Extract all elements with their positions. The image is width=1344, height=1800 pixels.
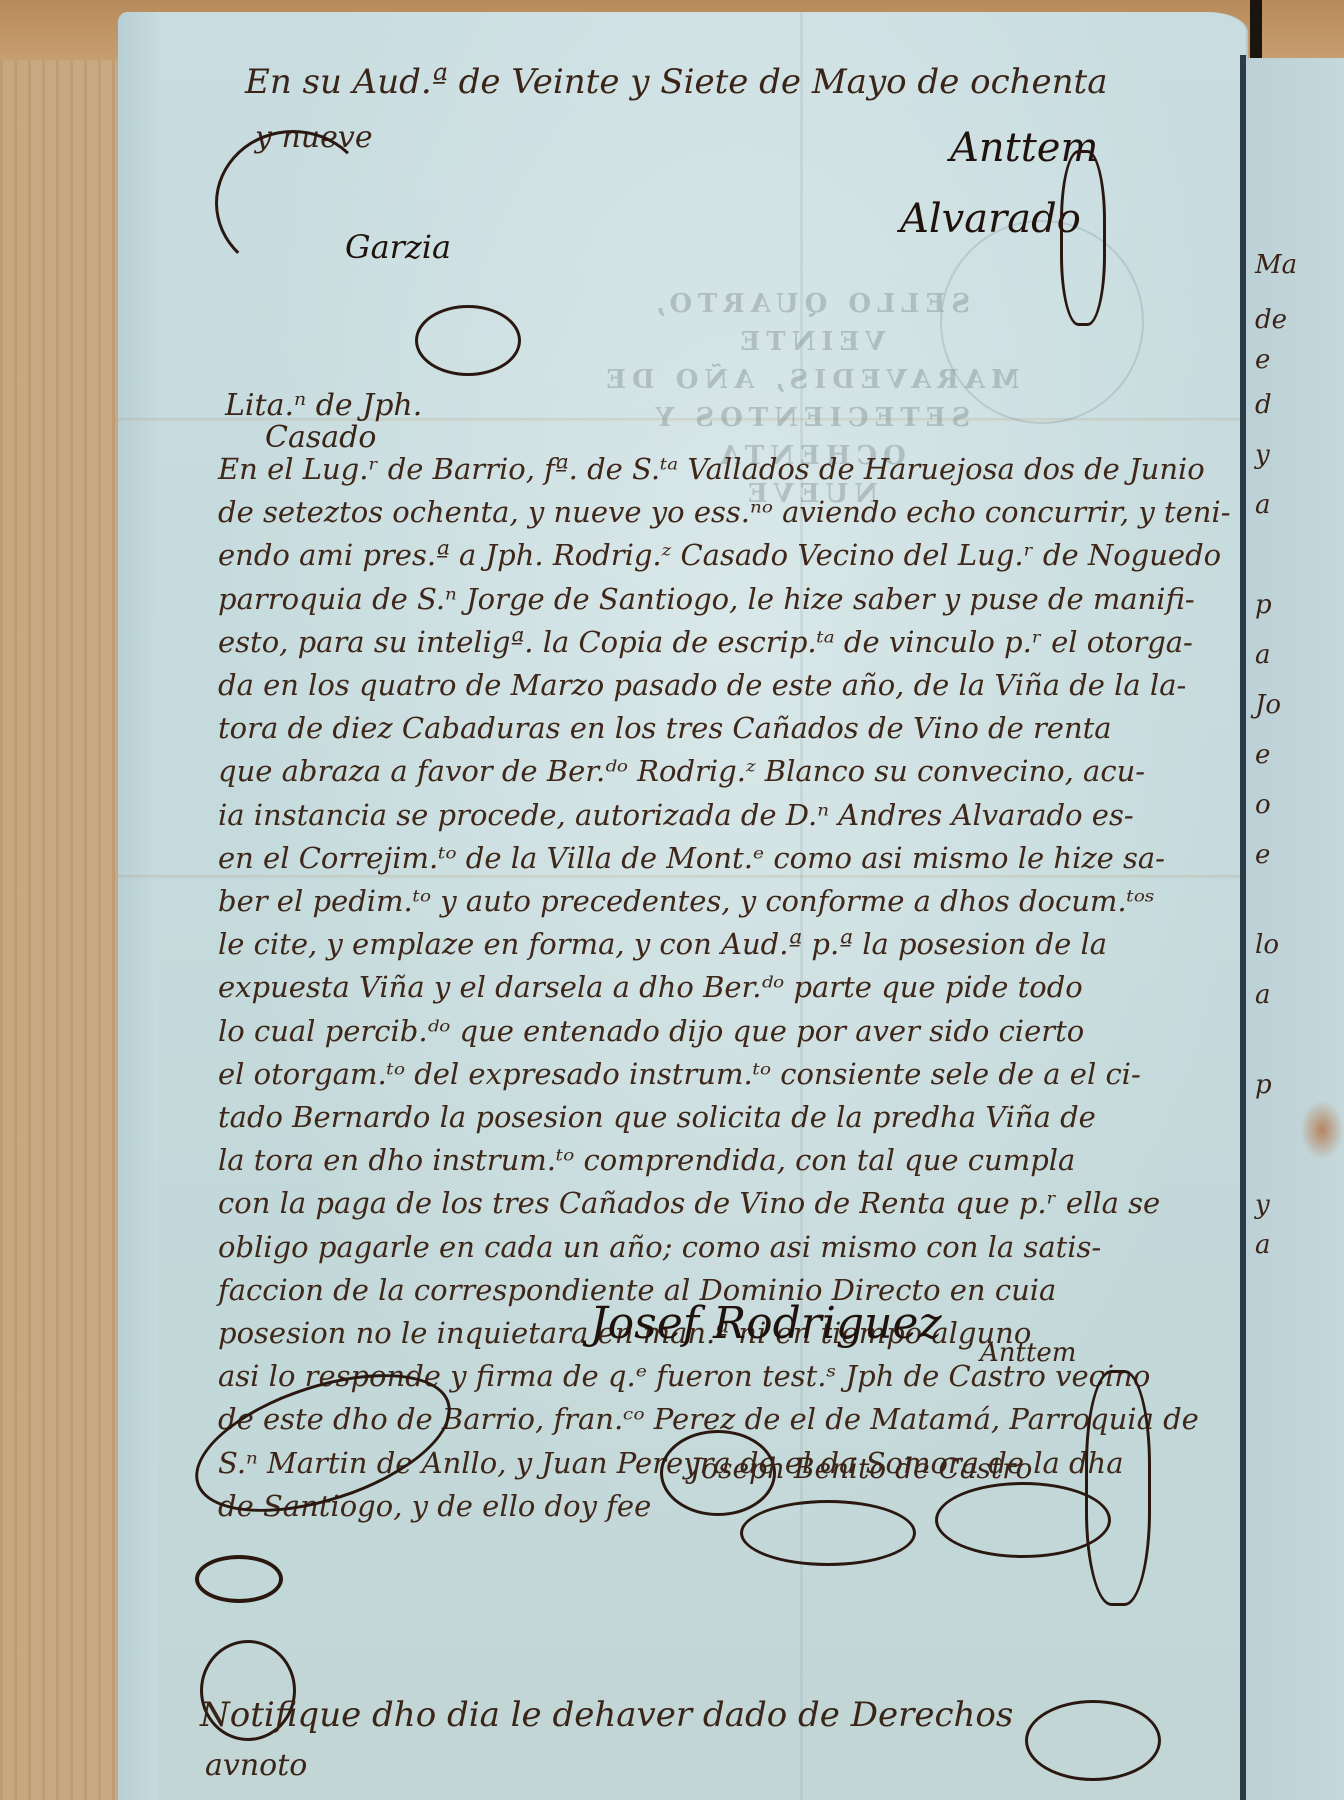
closing-notice-line2: avnoto bbox=[205, 1748, 307, 1783]
body-line: En el Lug.ʳ de Barrio, fª. de S.ᵗᵃ Valla… bbox=[218, 448, 1088, 491]
body-line: tado Bernardo la posesion que solicita d… bbox=[218, 1096, 1088, 1139]
signature-anttem-closing: Anttem bbox=[980, 1338, 1076, 1368]
ink-mark bbox=[195, 1555, 283, 1603]
facing-page-text: y bbox=[1255, 1190, 1270, 1220]
facing-page-text: lo bbox=[1255, 930, 1279, 960]
signature-rubric-bottom bbox=[1025, 1700, 1161, 1781]
body-line: ber el pedim.ᵗᵒ y auto precedentes, y co… bbox=[218, 880, 1088, 923]
body-line: ia instancia se procede, autorizada de D… bbox=[218, 794, 1088, 837]
facing-page-text: a bbox=[1255, 490, 1271, 520]
body-line: endo ami pres.ª a Jph. Rodrig.ᶻ Casado V… bbox=[218, 534, 1088, 577]
facing-page-text: p bbox=[1255, 1070, 1272, 1100]
facing-page-text: a bbox=[1255, 640, 1271, 670]
wood-divider bbox=[1250, 0, 1262, 60]
signature-escribano: Josef Rodriguez bbox=[590, 1298, 942, 1349]
facing-page-text: e bbox=[1255, 345, 1270, 375]
facing-page-text: o bbox=[1255, 790, 1271, 820]
paper-stain bbox=[1300, 1100, 1344, 1160]
signature-rubric bbox=[415, 305, 521, 376]
body-line: esto, para su inteligª. la Copia de escr… bbox=[218, 621, 1088, 664]
body-line: en el Correjim.ᵗᵒ de la Villa de Mont.ᵉ … bbox=[218, 837, 1088, 880]
facing-page-text: e bbox=[1255, 740, 1270, 770]
facing-page-text: d bbox=[1255, 390, 1272, 420]
body-line: da en los quatro de Marzo pasado de este… bbox=[218, 664, 1088, 707]
signature-alvarado: Alvarado bbox=[900, 196, 1081, 242]
facing-page-text: p bbox=[1255, 590, 1272, 620]
closing-notice-line1: Notifique dho dia le dehaver dado de Der… bbox=[200, 1695, 1013, 1735]
facing-page-text: a bbox=[1255, 980, 1271, 1010]
body-line: obligo pagarle en cada un año; como asi … bbox=[218, 1226, 1088, 1269]
body-line: le cite, y emplaze en forma, y con Aud.ª… bbox=[218, 923, 1088, 966]
body-line: de seteztos ochenta, y nueve yo ess.ⁿᵒ a… bbox=[218, 491, 1088, 534]
facing-page-text: Ma bbox=[1255, 250, 1297, 280]
header-line: En su Aud.ª de Veinte y Siete de Mayo de… bbox=[245, 62, 1107, 102]
page-folded-edge bbox=[118, 12, 158, 1800]
body-line: parroquia de S.ⁿ Jorge de Santiogo, le h… bbox=[218, 578, 1088, 621]
facing-page-text: a bbox=[1255, 1230, 1271, 1260]
body-line: lo cual percib.ᵈᵒ que entenado dijo que … bbox=[218, 1010, 1088, 1053]
facing-page-text: y bbox=[1255, 440, 1270, 470]
body-line: expuesta Viña y el darsela a dho Ber.ᵈᵒ … bbox=[218, 966, 1088, 1009]
margin-note-line1: Lita.ⁿ de Jph. bbox=[225, 388, 422, 423]
signature-rubric-vertical bbox=[1060, 150, 1106, 326]
signature-rubric-vertical-closing bbox=[1085, 1370, 1151, 1606]
facing-page-text: e bbox=[1255, 840, 1270, 870]
facing-page-text: de bbox=[1255, 305, 1287, 335]
body-line: con la paga de los tres Cañados de Vino … bbox=[218, 1182, 1088, 1225]
body-line: tora de diez Cabaduras en los tres Cañad… bbox=[218, 707, 1088, 750]
document-body: En el Lug.ʳ de Barrio, fª. de S.ᵗᵃ Valla… bbox=[218, 448, 1088, 1528]
stamp-line: MARAVEDIS, AÑO DE bbox=[600, 361, 1020, 399]
signature-rubric-castro bbox=[740, 1500, 916, 1566]
facing-page-text: Jo bbox=[1255, 690, 1281, 720]
stamp-line: SELLO QUARTO, VEINTE bbox=[600, 285, 1020, 361]
signature-garzia: Garzia bbox=[345, 228, 451, 266]
body-line: que abraza a favor de Ber.ᵈᵒ Rodrig.ᶻ Bl… bbox=[218, 750, 1088, 793]
body-line: la tora en dho instrum.ᵗᵒ comprendida, c… bbox=[218, 1139, 1088, 1182]
body-line: el otorgam.ᵗᵒ del expresado instrum.ᵗᵒ c… bbox=[218, 1053, 1088, 1096]
signature-witness-castro: Joseph Benito de Castro bbox=[690, 1452, 1032, 1485]
